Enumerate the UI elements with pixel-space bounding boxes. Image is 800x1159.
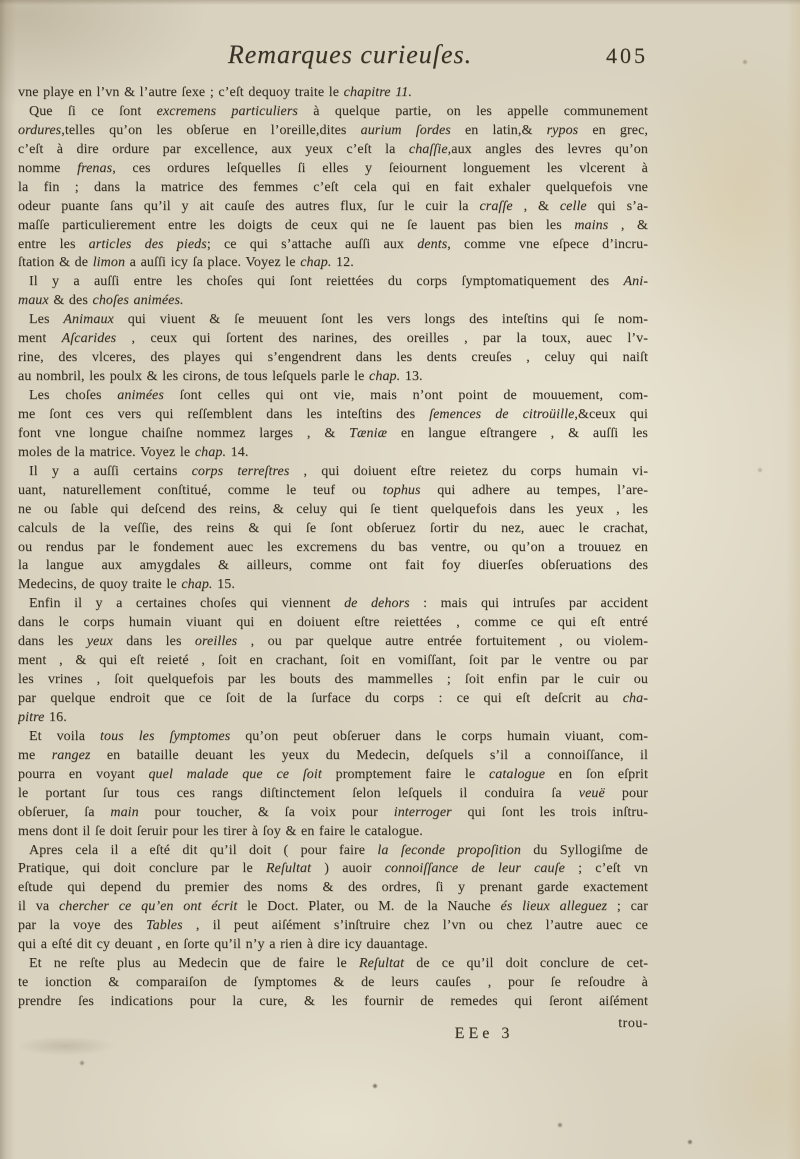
catchword: trou- [548,1016,648,1032]
text-line: Les Animaux qui viuent & ſe meuuent ſont… [18,311,648,330]
text-line: entre les articles des pieds; ce qui s’a… [18,236,648,255]
text-line: te ionction & comparaiſon de ſymptomes &… [18,974,648,993]
text-line: ou rendus par le fondement auec les excr… [18,539,648,558]
text-line: Apres cela il a eſté dit qu’il doit ( po… [18,842,648,861]
text-line: ment , & qui eſt reieté , ſoit en cracha… [18,652,648,671]
text-line: me rangez en bataille deuant les yeux du… [18,747,648,766]
text-line: la langue aux amygdales & ailleurs, comm… [18,557,648,576]
text-block: vne playe en l’vn & l’autre ſexe ; c’eſt… [18,84,648,1012]
text-line: les vrines , ſoit quelquefois par les bo… [18,671,648,690]
text-line: au nombril, les poulx & les cirons, de t… [18,368,648,387]
text-line: Il y a auſſi certains corps terreſtres ,… [18,463,648,482]
text-line: ſtation & de limon a auſſi icy ſa place.… [18,254,648,273]
text-line: le portant ſur tous ces rangs diſtinctem… [18,785,648,804]
text-line: dans le corps humain viuant qui en doiue… [18,614,648,633]
text-line: maſſe particulierement entre les doigts … [18,217,648,236]
book-page: Remarques curieuſes. 405 vne playe en l’… [0,0,800,1159]
page-number: 405 [556,43,648,69]
text-line: me ſont ces vers qui reſſemblent dans le… [18,406,648,425]
signature-mark: EEe 3 [428,1025,540,1043]
text-line: Enfin il y a certaines choſes qui vienne… [18,595,648,614]
text-line: vne playe en l’vn & l’autre ſexe ; c’eſt… [18,84,648,103]
text-line: mens dont il ſe doit ſeruir pour les tir… [18,823,648,842]
text-line: Et voila tous les ſymptomes qu’on peut o… [18,728,648,747]
text-line: il va chercher ce qu’en ont écrit le Doc… [18,898,648,917]
text-line: Et ne reſte plus au Medecin que de faire… [18,955,648,974]
text-line: rine, des vlceres, des playes qui s’enge… [18,349,648,368]
text-line: par quelque endroit que ce ſoit de la ſu… [18,690,648,709]
text-line: ment Aſcarides , ceux qui ſortent des na… [18,330,648,349]
text-line: prendre ſes indications pour la cure, & … [18,993,648,1012]
text-line: ne ou ſable qui deſcend des reins, & cel… [18,501,648,520]
text-line: nomme frenas, ces ordures leſquelles ſi … [18,160,648,179]
text-line: font vne longue chaiſne nommez larges , … [18,425,648,444]
text-line: Medecins, de quoy traite le chap. 15. [18,576,648,595]
text-line: eſtude qui depend du premier des noms & … [18,879,648,898]
text-line: la fin ; dans la matrice des femmes c’eſ… [18,179,648,198]
text-line: calculs de la veſſie, des reins & qui ſe… [18,520,648,539]
text-line: dans les yeux dans les oreilles , ou par… [18,633,648,652]
text-line: Pratique, qui doit conclure par le Reſul… [18,860,648,879]
text-line: moles de la matrice. Voyez le chap. 14. [18,444,648,463]
text-line: uant, naturellement conſtitué, comme le … [18,482,648,501]
text-line: ordures,telles qu’on les obſerue en l’or… [18,122,648,141]
text-line: qui a eſté dit cy deuant , en ſorte qu’i… [18,936,648,955]
text-line: par la voye des Tables , il peut aiſémen… [18,917,648,936]
text-line: pourra en voyant quel malade que ce ſoit… [18,766,648,785]
text-line: odeur puante ſans qu’il y ait cauſe des … [18,198,648,217]
text-line: maux & des choſes animées. [18,292,648,311]
text-line: pitre 16. [18,709,648,728]
text-line: Les choſes animées ſont celles qui ont v… [18,387,648,406]
text-line: Il y a auſſi entre les choſes qui ſont r… [18,273,648,292]
text-line: obſeruer, ſa main pour toucher, & ſa voi… [18,804,648,823]
text-line: c’eſt à dire ordure par excellence, aux … [18,141,648,160]
text-line: Que ſi ce ſont excremens particuliers à … [18,103,648,122]
